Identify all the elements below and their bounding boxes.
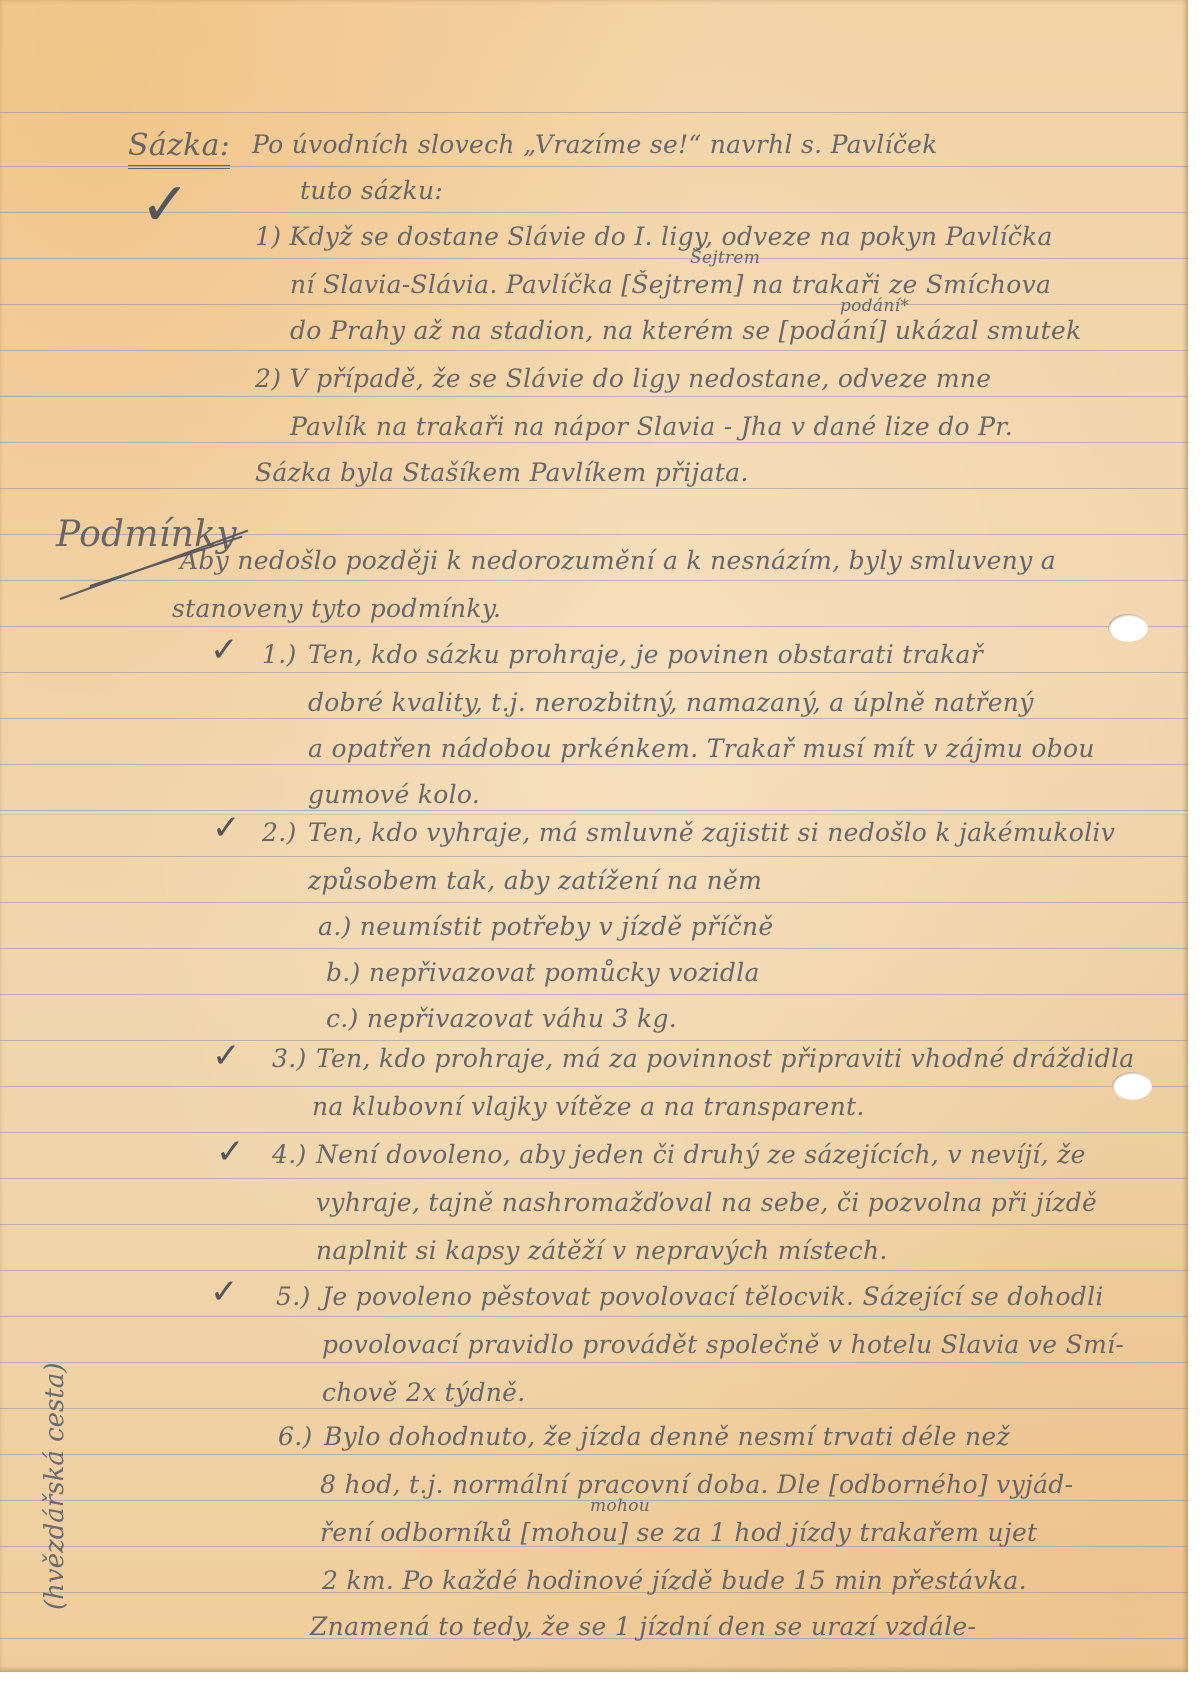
condition-line: na klubovní vlajky vítěze a na transpare… [312,1092,865,1121]
ruled-line [0,856,1188,857]
ruled-line [0,304,1188,305]
condition-line: Není dovoleno, aby jeden či druhý ze sáz… [316,1140,1086,1169]
condition-subitem: c.) nepřivazovat váhu 3 kg. [326,1004,677,1033]
condition-line: dobré kvality, t.j. nerozbitný, namazaný… [308,688,1034,717]
paper-fold-crease [0,812,1188,815]
margin-note: (hvězdářská cesta) [40,1363,70,1610]
wager-insertion: podání* [840,296,909,316]
condition-line: a opatřen nádobou prkénkem. Trakař musí … [308,734,1095,763]
wager-line: Pavlík na trakaři na nápor Slavia - Jha … [290,412,1013,441]
ruled-line [0,672,1188,673]
ruled-line [0,1454,1188,1455]
hole-punch [1108,614,1148,642]
conditions-intro-line: stanoveny tyto podmínky. [172,594,501,623]
condition-line: chově 2x týdně. [322,1378,526,1407]
condition-line: ření odborníků [mohou] se za 1 hod jízdy… [320,1518,1037,1547]
wager-line: do Prahy až na stadion, na kterém se [po… [290,316,1082,345]
condition-line: Ten, kdo prohraje, má za povinnost připr… [316,1044,1134,1073]
ruled-line [0,902,1188,903]
condition-item-number: 5.) [276,1282,311,1311]
wager-line: Sázka byla Stašíkem Pavlíkem přijata. [255,458,749,487]
wager-line: 2) V případě, že se Slávie do ligy nedos… [255,364,991,393]
checkmark-icon: ✓ [210,630,239,670]
condition-line: gumové kolo. [308,780,480,809]
wager-heading: Sázka: [128,128,230,169]
condition-line: Je povoleno pěstovat povolovací tělocvik… [322,1282,1104,1311]
wager-line: ní Slavia-Slávia. Pavlíčka [Šejtrem] na … [290,270,1051,299]
condition-item-number: 1.) [262,640,297,669]
ruled-line [0,1316,1188,1317]
wager-insertion: Šejtrem [690,248,760,268]
ruled-line [0,1408,1188,1409]
condition-line: naplnit si kapsy zátěží v nepravých míst… [316,1236,888,1265]
paper-sheet: Sázka: ✓ Po úvodních slovech „Vrazíme se… [0,0,1188,1672]
condition-item-number: 3.) [272,1044,307,1073]
checkmark-icon: ✓ [212,1036,241,1076]
condition-item-number: 6.) [278,1422,313,1451]
condition-line: vyhraje, tajně nashromažďoval na sebe, č… [316,1188,1097,1217]
ruled-line [0,1362,1188,1363]
condition-item-number: 4.) [272,1140,307,1169]
ruled-line [0,1132,1188,1133]
checkmark-icon: ✓ [216,1132,245,1172]
hole-punch [1112,1072,1152,1100]
condition-line: povolovací pravidlo provádět společně v … [322,1330,1124,1359]
condition-line: Znamená to tedy, že se 1 jízdní den se u… [310,1612,976,1641]
ruled-line [0,580,1188,581]
checkmark-icon: ✓ [210,1272,239,1312]
ruled-line [0,1178,1188,1179]
ruled-line [0,764,1188,765]
conditions-intro-line: Aby nedošlo později k nedorozumění a k n… [180,546,1056,575]
ruled-line [0,488,1188,489]
ruled-line [0,1224,1188,1225]
condition-line: způsobem tak, aby zatížení na něm [308,866,762,895]
ruled-line [0,442,1188,443]
checkmark-icon: ✓ [140,170,190,240]
ruled-line [0,626,1188,627]
ruled-line [0,1270,1188,1271]
condition-line: 8 hod, t.j. normální pracovní doba. Dle … [320,1470,1073,1499]
ruled-line [0,718,1188,719]
ruled-line [0,994,1188,995]
condition-item-number: 2.) [262,818,297,847]
condition-subitem: b.) nepřivazovat pomůcky vozidla [326,958,760,987]
ruled-line [0,1086,1188,1087]
wager-line: 1) Když se dostane Slávie do I. ligy, od… [255,222,1053,251]
ruled-line [0,350,1188,351]
ruled-line [0,948,1188,949]
ruled-line [0,112,1188,113]
condition-line: Bylo dohodnuto, že jízda denně nesmí trv… [324,1422,1010,1451]
checkmark-icon: ✓ [212,808,241,848]
ruled-line [0,810,1188,811]
condition-insertion: mohou [590,1496,650,1516]
condition-subitem: a.) neumístit potřeby v jízdě příčně [318,912,773,941]
wager-line: tuto sázku: [300,176,443,205]
condition-line: 2 km. Po každé hodinové jízdě bude 15 mi… [322,1566,1027,1595]
wager-line: Po úvodních slovech „Vrazíme se!“ navrhl… [252,130,938,159]
ruled-line [0,1040,1188,1041]
condition-line: Ten, kdo vyhraje, má smluvně zajistit si… [308,818,1115,847]
ruled-line [0,396,1188,397]
condition-line: Ten, kdo sázku prohraje, je povinen obst… [308,640,983,669]
ruled-line [0,258,1188,259]
